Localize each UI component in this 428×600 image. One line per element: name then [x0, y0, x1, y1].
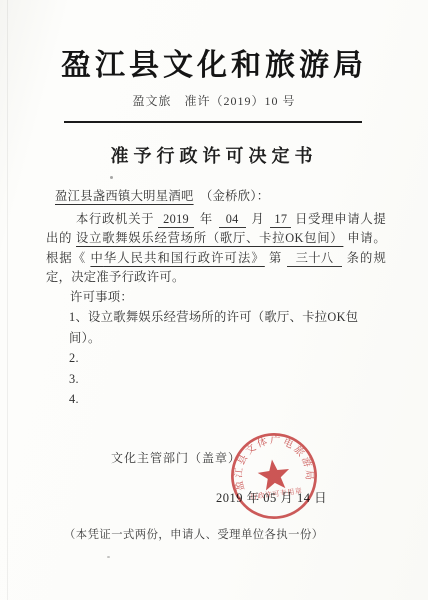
- law-name: 中: [90, 251, 103, 265]
- permit-item: 1、设立歌舞娱乐经营场所的许可（歌厅、卡拉OK包间）。: [69, 307, 386, 348]
- seal-bottom-text: 行政许可专用章: [250, 486, 303, 501]
- blank-day: 17: [270, 212, 291, 228]
- document-page: 盈江县文化和旅游局 盈文旅 准许（2019）10 号 准予行政许可决定书 盈江县…: [0, 0, 428, 600]
- permit-item: 2.: [69, 348, 386, 369]
- applicant-name: 盈江县盏西镇大明星酒吧: [55, 189, 197, 203]
- blank-month: 04: [219, 212, 246, 228]
- paragraph-text: 第: [269, 251, 282, 265]
- law-name: 华人民共和国行政许可法》: [104, 251, 265, 265]
- applicant-note: （金桥欣）：: [200, 189, 269, 203]
- doc-number: 盈文旅 准许（2019）10 号: [0, 92, 428, 109]
- blank-year: 2019: [158, 212, 194, 228]
- permit-item: 3.: [69, 369, 386, 390]
- official-seal: 盈江县文体广电旅游局 行政许可专用章: [216, 418, 332, 534]
- decision-paragraph: 本行政机关于 2019 年 04 月 17 日受理申请人提出的 设立歌舞娱乐经营…: [46, 210, 386, 288]
- document-body: 盈江县盏西镇大明星酒吧 （金桥欣）： 本行政机关于 2019 年 04 月 17…: [46, 187, 386, 410]
- scan-artifact-dot: [110, 176, 113, 179]
- applicant-line: 盈江县盏西镇大明星酒吧 （金桥欣）：: [55, 187, 386, 207]
- footer-note: （本凭证一式两份，申请人、受理单位各执一份）: [64, 526, 324, 542]
- year-unit: 年: [200, 212, 213, 226]
- paragraph-text: 本行政机关于: [76, 212, 154, 226]
- blank-article-number: 三十八: [287, 251, 343, 267]
- divider-rule: [64, 121, 362, 123]
- licensed-matter-underlined: 设立歌舞娱乐经营场所（歌厅、卡拉OK包间）: [76, 231, 343, 245]
- doc-title: 准予行政许可决定书: [0, 142, 428, 168]
- scan-artifact-dot: [107, 556, 110, 558]
- month-unit: 月: [251, 212, 264, 226]
- permit-item: 4.: [69, 389, 386, 410]
- permit-items-heading: 许可事项：: [70, 288, 386, 308]
- org-title: 盈江县文化和旅游局: [0, 40, 428, 84]
- scan-edge-line: [7, 0, 8, 600]
- seal-star-icon: [256, 458, 291, 492]
